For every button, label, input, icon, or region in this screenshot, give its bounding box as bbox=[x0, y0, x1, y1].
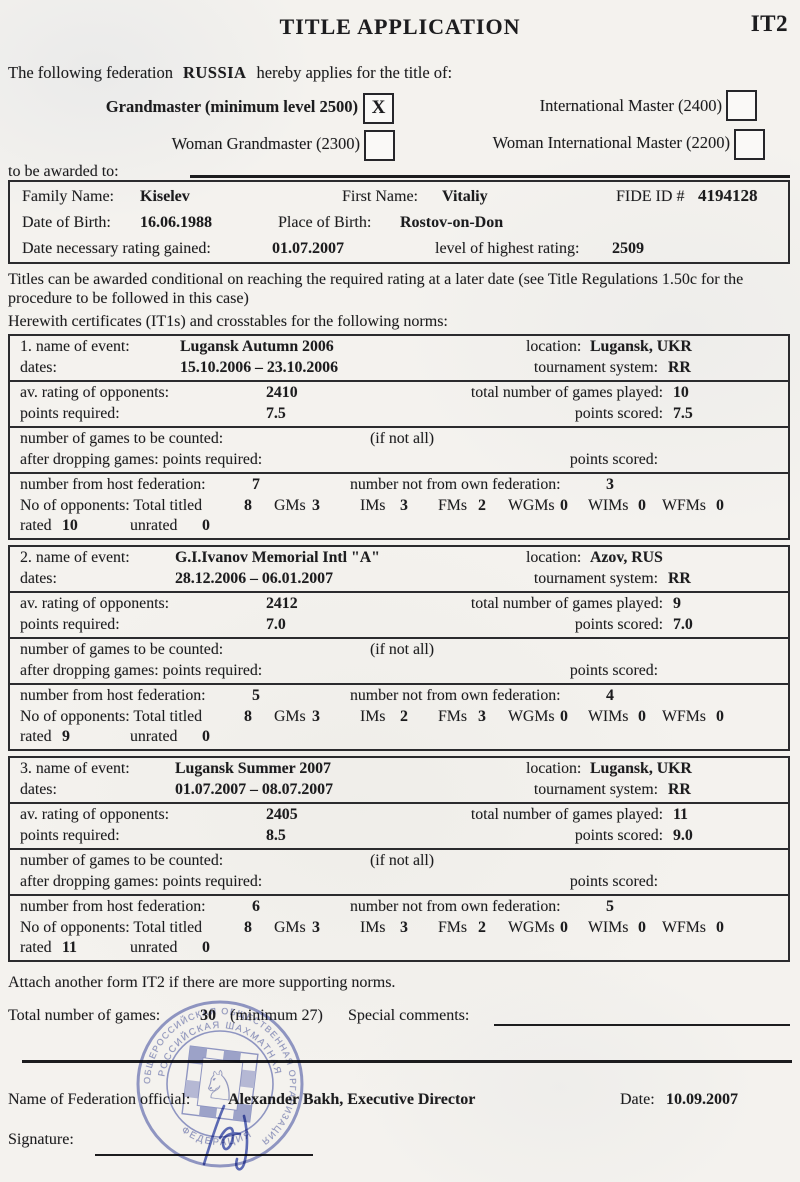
family-name-value: Kiselev bbox=[140, 187, 190, 206]
gms-value: 3 bbox=[312, 919, 320, 938]
points-scored-label: points scored: bbox=[438, 616, 663, 635]
norm-box-1: 1. name of event: Lugansk Autumn 2006 lo… bbox=[8, 334, 790, 540]
date-label: Date: bbox=[620, 1090, 655, 1109]
federation-suffix: hereby applies for the title of: bbox=[256, 63, 452, 82]
wgm-title-label: Woman Grandmaster (2300) bbox=[0, 134, 360, 154]
federation-line: The following federationRUSSIAhereby app… bbox=[8, 63, 452, 83]
norm-2-event-section: 2. name of event: G.I.Ivanov Memorial In… bbox=[10, 547, 788, 593]
special-comments-line bbox=[494, 1024, 790, 1026]
unrated-label: unrated bbox=[130, 728, 177, 747]
wgms-label: WGMs bbox=[508, 708, 555, 727]
norm-box-3: 3. name of event: Lugansk Summer 2007 lo… bbox=[8, 756, 790, 962]
fms-label: FMs bbox=[438, 708, 467, 727]
unrated-value: 0 bbox=[202, 728, 210, 747]
points-scored-label: points scored: bbox=[438, 405, 663, 424]
points-scored-value: 7.5 bbox=[673, 405, 693, 424]
avg-rating-label: av. rating of opponents: bbox=[20, 384, 169, 403]
gms-label: GMs bbox=[274, 708, 306, 727]
ruled-line bbox=[190, 175, 790, 178]
not-own-fed-label: number not from own federation: bbox=[350, 898, 561, 917]
pob-label: Place of Birth: bbox=[278, 213, 371, 232]
event-name: G.I.Ivanov Memorial Intl "A" bbox=[175, 549, 380, 568]
official-signature bbox=[196, 1098, 296, 1174]
norm-3-counted-section: number of games to be counted: (if not a… bbox=[10, 850, 788, 896]
wims-label: WIMs bbox=[588, 708, 628, 727]
page-title: TITLE APPLICATION bbox=[0, 14, 800, 40]
fide-id-value: 4194128 bbox=[698, 186, 758, 206]
system-label: tournament system: bbox=[515, 359, 658, 378]
norm-1-event-section: 1. name of event: Lugansk Autumn 2006 lo… bbox=[10, 336, 788, 382]
avg-rating-label: av. rating of opponents: bbox=[20, 806, 169, 825]
host-fed-value: 7 bbox=[252, 476, 260, 495]
host-fed-label: number from host federation: bbox=[20, 476, 206, 495]
rating-gained-label: Date necessary rating gained: bbox=[22, 239, 211, 258]
ims-label: IMs bbox=[360, 919, 385, 938]
dates-value: 15.10.2006 – 23.10.2006 bbox=[180, 359, 338, 378]
avg-rating-value: 2410 bbox=[266, 384, 298, 403]
norm-1-counted-section: number of games to be counted: (if not a… bbox=[10, 428, 788, 474]
if-not-all-label: (if not all) bbox=[370, 641, 434, 660]
games-counted-label: number of games to be counted: bbox=[20, 430, 223, 449]
rated-label: rated bbox=[20, 517, 52, 536]
not-own-fed-label: number not from own federation: bbox=[350, 476, 561, 495]
wfms-label: WFMs bbox=[662, 919, 706, 938]
pob-value: Rostov-on-Don bbox=[400, 213, 503, 232]
gms-value: 3 bbox=[312, 497, 320, 516]
wgms-value: 0 bbox=[560, 708, 568, 727]
dates-value: 01.07.2007 – 08.07.2007 bbox=[175, 781, 333, 800]
wims-value: 0 bbox=[638, 919, 646, 938]
ims-label: IMs bbox=[360, 497, 385, 516]
ims-value: 3 bbox=[400, 919, 408, 938]
location-value: Lugansk, UKR bbox=[590, 760, 692, 779]
ims-value: 2 bbox=[400, 708, 408, 727]
wgms-label: WGMs bbox=[508, 497, 555, 516]
system-value: RR bbox=[668, 359, 691, 378]
gm-title-label: Grandmaster (minimum level 2500) bbox=[0, 97, 358, 117]
rated-label: rated bbox=[20, 939, 52, 958]
rated-label: rated bbox=[20, 728, 52, 747]
after-dropping-label: after dropping games: points required: bbox=[20, 662, 262, 681]
points-scored-label: points scored: bbox=[438, 827, 663, 846]
dob-label: Date of Birth: bbox=[22, 213, 111, 232]
not-own-fed-value: 5 bbox=[606, 898, 614, 917]
location-label: location: bbox=[526, 760, 581, 779]
rated-value: 10 bbox=[62, 517, 78, 536]
games-played-label: total number of games played: bbox=[438, 384, 663, 403]
fide-id-label: FIDE ID # bbox=[616, 187, 684, 206]
wgms-value: 0 bbox=[560, 919, 568, 938]
location-value: Lugansk, UKR bbox=[590, 338, 692, 357]
wfms-value: 0 bbox=[716, 708, 724, 727]
norm-box-2: 2. name of event: G.I.Ivanov Memorial In… bbox=[8, 545, 790, 751]
wfms-value: 0 bbox=[716, 497, 724, 516]
total-titled-value: 8 bbox=[244, 497, 252, 516]
points-required-value: 7.5 bbox=[266, 405, 286, 424]
dates-label: dates: bbox=[20, 359, 57, 378]
unrated-value: 0 bbox=[202, 939, 210, 958]
unrated-label: unrated bbox=[130, 517, 177, 536]
gm-checkbox: X bbox=[363, 93, 394, 124]
norm-3-opponents-section: number from host federation: 6 number no… bbox=[10, 896, 788, 960]
games-played-label: total number of games played: bbox=[438, 595, 663, 614]
fms-value: 3 bbox=[478, 708, 486, 727]
norm-3-rating-section: av. rating of opponents: 2405 total numb… bbox=[10, 804, 788, 850]
points-scored-value: 9.0 bbox=[673, 827, 693, 846]
games-counted-label: number of games to be counted: bbox=[20, 641, 223, 660]
games-played-value: 9 bbox=[673, 595, 681, 614]
wims-label: WIMs bbox=[588, 497, 628, 516]
federation-name: RUSSIA bbox=[183, 63, 247, 82]
games-played-label: total number of games played: bbox=[438, 806, 663, 825]
gm-checkbox-mark: X bbox=[372, 97, 386, 120]
wgms-label: WGMs bbox=[508, 919, 555, 938]
fms-label: FMs bbox=[438, 497, 467, 516]
norm-2-rating-section: av. rating of opponents: 2412 total numb… bbox=[10, 593, 788, 639]
avg-rating-value: 2405 bbox=[266, 806, 298, 825]
points-required-label: points required: bbox=[20, 405, 120, 424]
wims-value: 0 bbox=[638, 708, 646, 727]
not-own-fed-label: number not from own federation: bbox=[350, 687, 561, 706]
rated-value: 9 bbox=[62, 728, 70, 747]
norm-1-opponents-section: number from host federation: 7 number no… bbox=[10, 474, 788, 538]
location-label: location: bbox=[526, 549, 581, 568]
unrated-label: unrated bbox=[130, 939, 177, 958]
dates-label: dates: bbox=[20, 570, 57, 589]
norm-2-opponents-section: number from host federation: 5 number no… bbox=[10, 685, 788, 749]
ims-label: IMs bbox=[360, 708, 385, 727]
norm-1-rating-section: av. rating of opponents: 2410 total numb… bbox=[10, 382, 788, 428]
date-value: 10.09.2007 bbox=[666, 1090, 738, 1109]
after-dropping-label: after dropping games: points required: bbox=[20, 451, 262, 470]
ims-value: 3 bbox=[400, 497, 408, 516]
opponents-label: No of opponents: Total titled bbox=[20, 919, 202, 938]
norm-index: 2. bbox=[20, 549, 32, 566]
opponents-label: No of opponents: Total titled bbox=[20, 497, 202, 516]
location-label: location: bbox=[526, 338, 581, 357]
norm-3-event-section: 3. name of event: Lugansk Summer 2007 lo… bbox=[10, 758, 788, 804]
dates-label: dates: bbox=[20, 781, 57, 800]
games-counted-label: number of games to be counted: bbox=[20, 852, 223, 871]
after-dropping-label: after dropping games: points required: bbox=[20, 873, 262, 892]
not-own-fed-value: 3 bbox=[606, 476, 614, 495]
system-label: tournament system: bbox=[515, 570, 658, 589]
norm-index: 1. bbox=[20, 338, 32, 355]
wfms-label: WFMs bbox=[662, 497, 706, 516]
avg-rating-label: av. rating of opponents: bbox=[20, 595, 169, 614]
fms-label: FMs bbox=[438, 919, 467, 938]
event-label: 1. name of event: bbox=[20, 338, 130, 357]
dob-value: 16.06.1988 bbox=[140, 213, 212, 232]
system-value: RR bbox=[668, 570, 691, 589]
event-label: 2. name of event: bbox=[20, 549, 130, 568]
games-played-value: 11 bbox=[673, 806, 688, 825]
highest-rating-label: level of highest rating: bbox=[435, 239, 579, 258]
herewith-line: Herewith certificates (IT1s) and crossta… bbox=[8, 312, 448, 331]
if-not-all-label: (if not all) bbox=[370, 430, 434, 449]
total-titled-value: 8 bbox=[244, 708, 252, 727]
rated-value: 11 bbox=[62, 939, 77, 958]
wim-checkbox bbox=[734, 129, 765, 160]
fms-value: 2 bbox=[478, 497, 486, 516]
host-fed-value: 5 bbox=[252, 687, 260, 706]
points-scored-label: points scored: bbox=[518, 662, 658, 681]
wims-label: WIMs bbox=[588, 919, 628, 938]
system-value: RR bbox=[668, 781, 691, 800]
games-played-value: 10 bbox=[673, 384, 689, 403]
dates-value: 28.12.2006 – 06.01.2007 bbox=[175, 570, 333, 589]
norm-2-counted-section: number of games to be counted: (if not a… bbox=[10, 639, 788, 685]
im-title-label: International Master (2400) bbox=[400, 96, 722, 116]
system-label: tournament system: bbox=[515, 781, 658, 800]
im-checkbox bbox=[726, 90, 757, 121]
first-name-label: First Name: bbox=[342, 187, 418, 206]
event-name: Lugansk Summer 2007 bbox=[175, 760, 331, 779]
fms-value: 2 bbox=[478, 919, 486, 938]
points-scored-label: points scored: bbox=[518, 873, 658, 892]
conditional-note: Titles can be awarded conditional on rea… bbox=[8, 270, 794, 308]
total-titled-value: 8 bbox=[244, 919, 252, 938]
host-fed-label: number from host federation: bbox=[20, 898, 206, 917]
norm-index: 3. bbox=[20, 760, 32, 777]
points-scored-label: points scored: bbox=[518, 451, 658, 470]
points-required-label: points required: bbox=[20, 827, 120, 846]
gms-value: 3 bbox=[312, 708, 320, 727]
form-code: IT2 bbox=[751, 10, 788, 38]
points-scored-value: 7.0 bbox=[673, 616, 693, 635]
if-not-all-label: (if not all) bbox=[370, 852, 434, 871]
event-label: 3. name of event: bbox=[20, 760, 130, 779]
unrated-value: 0 bbox=[202, 517, 210, 536]
highest-rating-value: 2509 bbox=[612, 239, 644, 258]
opponents-label: No of opponents: Total titled bbox=[20, 708, 202, 727]
avg-rating-value: 2412 bbox=[266, 595, 298, 614]
wim-title-label: Woman International Master (2200) bbox=[410, 133, 730, 153]
host-fed-value: 6 bbox=[252, 898, 260, 917]
wgm-checkbox bbox=[364, 130, 395, 161]
wfms-label: WFMs bbox=[662, 708, 706, 727]
not-own-fed-value: 4 bbox=[606, 687, 614, 706]
points-required-value: 8.5 bbox=[266, 827, 286, 846]
personal-info-box: Family Name: Kiselev First Name: Vitaliy… bbox=[8, 180, 790, 264]
attach-note: Attach another form IT2 if there are mor… bbox=[8, 973, 395, 992]
special-comments-label: Special comments: bbox=[348, 1006, 469, 1025]
gms-label: GMs bbox=[274, 497, 306, 516]
points-required-value: 7.0 bbox=[266, 616, 286, 635]
federation-prefix: The following federation bbox=[8, 63, 173, 82]
points-required-label: points required: bbox=[20, 616, 120, 635]
wgms-value: 0 bbox=[560, 497, 568, 516]
location-value: Azov, RUS bbox=[590, 549, 663, 568]
first-name-value: Vitaliy bbox=[442, 187, 488, 206]
gms-label: GMs bbox=[274, 919, 306, 938]
family-name-label: Family Name: bbox=[22, 187, 114, 206]
wfms-value: 0 bbox=[716, 919, 724, 938]
rating-gained-value: 01.07.2007 bbox=[272, 239, 344, 258]
awarded-to-label: to be awarded to: bbox=[8, 162, 119, 181]
wims-value: 0 bbox=[638, 497, 646, 516]
host-fed-label: number from host federation: bbox=[20, 687, 206, 706]
signature-label: Signature: bbox=[8, 1130, 74, 1149]
title-application-form: TITLE APPLICATION IT2 The following fede… bbox=[0, 0, 800, 1182]
event-name: Lugansk Autumn 2006 bbox=[180, 338, 334, 357]
